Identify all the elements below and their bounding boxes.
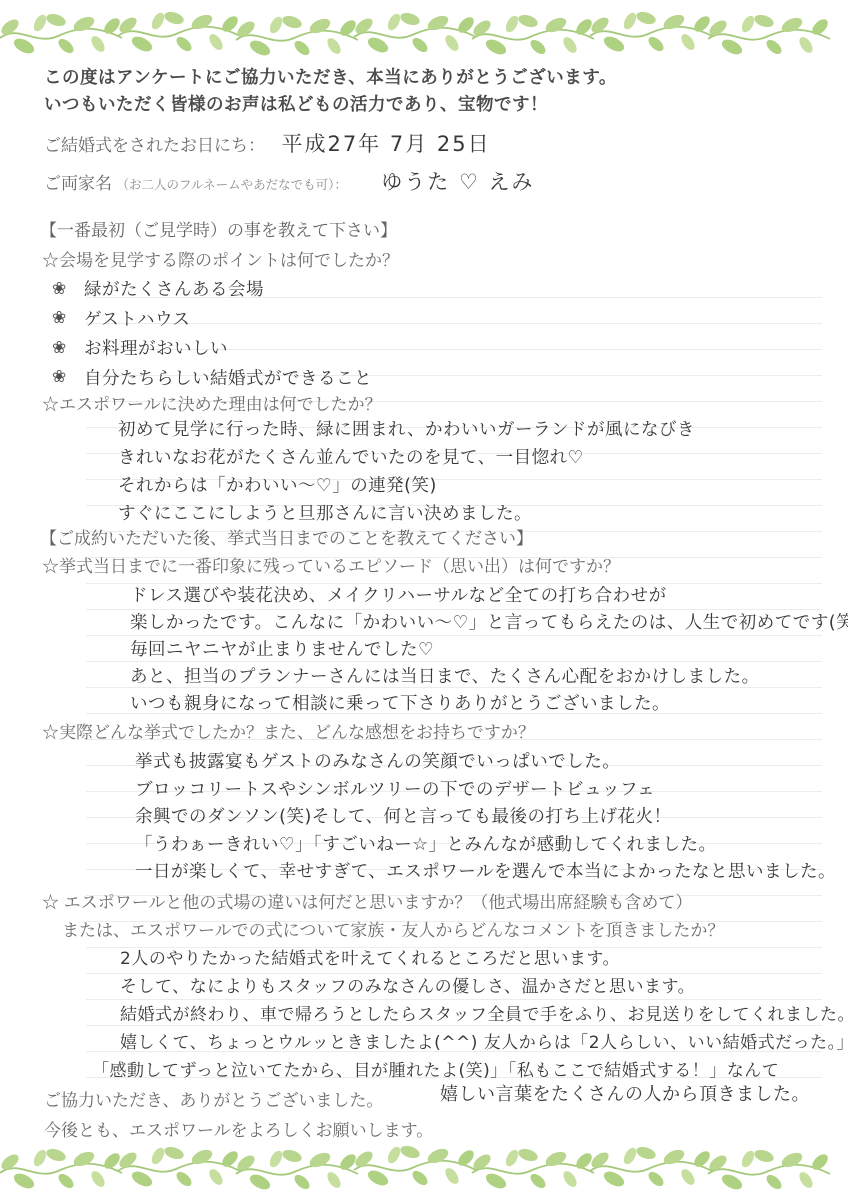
answer-difference-other-venues: 2人のやりたかった結婚式を叶えてくれるところだと思います。 そして、なによりもス… [120, 944, 848, 1084]
question-memorable-episode: ☆挙式当日までに一番印象に残っているエピソード（思い出）は何ですか？ [42, 552, 620, 577]
list-item: ❀ お料理がおいしい [52, 333, 372, 363]
flower-bullet-icon: ❀ [52, 367, 74, 387]
list-item: ❀ 緑がたくさんある会場 [52, 274, 372, 304]
answer-line: それからは「かわいい〜♡」の連発(笑) [118, 472, 695, 500]
intro-line-1: この度はアンケートにご協力いただき、本当にありがとうございます。 [44, 64, 617, 91]
question-difference-other-venues-line2: または、エスポワールでの式について家族・友人からどんなコメントを頂きましたか？ [62, 916, 724, 941]
question-venue-points: ☆会場を見学する際のポイントは何でしたか？ [42, 246, 399, 271]
answer-venue-point: 緑がたくさんある会場 [84, 276, 264, 301]
answer-line: ドレス選びや装花決め、メイクリハーサルなど全ての打ち合わせが [130, 582, 848, 609]
list-item: ❀ ゲストハウス [52, 304, 372, 334]
answer-line: 一日が楽しくて、幸せすぎて、エスポワールを選んで本当によかったなと思いました。 [135, 858, 836, 886]
closing-thanks-line: ご協力いただき、ありがとうございました。 [44, 1086, 383, 1111]
answer-ceremony-impressions: 挙式も披露宴もゲストのみなさんの笑顔でいっぱいでした。 ブロッコリートスやシンボ… [135, 748, 836, 886]
closing-request-line: 今後とも、エスポワールをよろしくお願いします。 [44, 1116, 433, 1141]
answer-line: 余興でのダンソン(笑)そして、何と言っても最後の打ち上げ花火！ [135, 803, 836, 831]
answer-line: そして、なによりもスタッフのみなさんの優しさ、温かさだと思います。 [120, 972, 848, 1000]
answer-line: 「うわぁーきれい♡」「すごいねー☆」とみんなが感動してくれました。 [135, 831, 836, 859]
flower-bullet-icon: ❀ [52, 279, 74, 299]
section-heading-after-contract: 【ご成約いただいた後、挙式当日までのことを教えてください】 [40, 524, 533, 549]
answer-line: 挙式も披露宴もゲストのみなさんの笑顔でいっぱいでした。 [135, 748, 836, 776]
answer-line: あと、担当のプランナーさんには当日まで、たくさん心配をおかけしました。 [130, 663, 848, 690]
answer-venue-point: お料理がおいしい [84, 335, 228, 360]
question-ceremony-impressions: ☆実際どんな挙式でしたか？また、どんな感想をお持ちですか？ [42, 718, 535, 743]
couple-names-row: ご両家名 （お二人のフルネームやあだなでも可）： ゆうた ♡ えみ [44, 166, 534, 196]
question-reason-chose-venue: ☆エスポワールに決めた理由は何でしたか？ [42, 390, 382, 415]
answer-line: 嬉しくて、ちょっとウルッときましたよ(^^) 友人からは「2人らしい、いい結婚式… [120, 1028, 848, 1056]
intro-message: この度はアンケートにご協力いただき、本当にありがとうございます。 いつもいただく… [44, 64, 617, 118]
couple-names-value: ゆうた ♡ えみ [381, 170, 534, 194]
wedding-date-row: ご結婚式をされたお日にち： 平成27年 7月 25日 [44, 128, 491, 158]
answer-line: 毎回ニヤニヤが止まりませんでした♡ [130, 636, 848, 663]
list-item: ❀ 自分たちらしい結婚式ができること [52, 363, 372, 393]
answer-memorable-episode: ドレス選びや装花決め、メイクリハーサルなど全ての打ち合わせが 楽しかったです。こ… [130, 582, 848, 717]
handwritten-closing-continuation: 嬉しい言葉をたくさんの人から頂きました。 [440, 1080, 810, 1106]
flower-bullet-icon: ❀ [52, 338, 74, 358]
answer-line: 2人のやりたかった結婚式を叶えてくれるところだと思います。 [120, 944, 848, 972]
answer-venue-point: 自分たちらしい結婚式ができること [84, 365, 372, 390]
wedding-date-value: 平成27年 7月 25日 [281, 132, 490, 156]
answer-venue-points-list: ❀ 緑がたくさんある会場 ❀ ゲストハウス ❀ お料理がおいしい ❀ 自分たちら… [52, 274, 372, 392]
answer-reason-chose-venue: 初めて見学に行った時、緑に囲まれ、かわいいガーランドが風になびき きれいなお花が… [118, 416, 695, 528]
intro-line-2: いつもいただく皆様のお声は私どもの活力であり、宝物です！ [44, 91, 617, 118]
answer-line: いつも親身になって相談に乗って下さりありがとうございました。 [130, 690, 848, 717]
survey-scan-page: この度はアンケートにご協力いただき、本当にありがとうございます。 いつもいただく… [0, 0, 848, 1200]
couple-names-note: （お二人のフルネームやあだなでも可）： [116, 175, 346, 193]
answer-line: きれいなお花がたくさん並んでいたのを見て、一目惚れ♡ [118, 444, 695, 472]
answer-line: 初めて見学に行った時、緑に囲まれ、かわいいガーランドが風になびき [118, 416, 695, 444]
leaf-vine-bottom [0, 1140, 848, 1195]
wedding-date-label: ご結婚式をされたお日にち： [44, 131, 265, 156]
couple-names-label: ご両家名 [44, 169, 112, 194]
flower-bullet-icon: ❀ [52, 308, 74, 328]
answer-line: 楽しかったです。こんなに「かわいい〜♡」と言ってもらえたのは、人生で初めてです(… [130, 609, 848, 636]
question-difference-other-venues: ☆ エスポワールと他の式場の違いは何だと思いますか？（他式場出席経験も含めて） [42, 888, 692, 913]
answer-venue-point: ゲストハウス [84, 306, 190, 331]
answer-line: 結婚式が終わり、車で帰ろうとしたらスタッフ全員で手をふり、お見送りをしてくれまし… [120, 1000, 848, 1028]
leaf-vine-top [0, 6, 848, 61]
answer-line: ブロッコリートスやシンボルツリーの下でのデザートビュッフェ [135, 776, 836, 804]
section-heading-first-visit: 【一番最初（ご見学時）の事を教えて下さい】 [40, 216, 397, 241]
